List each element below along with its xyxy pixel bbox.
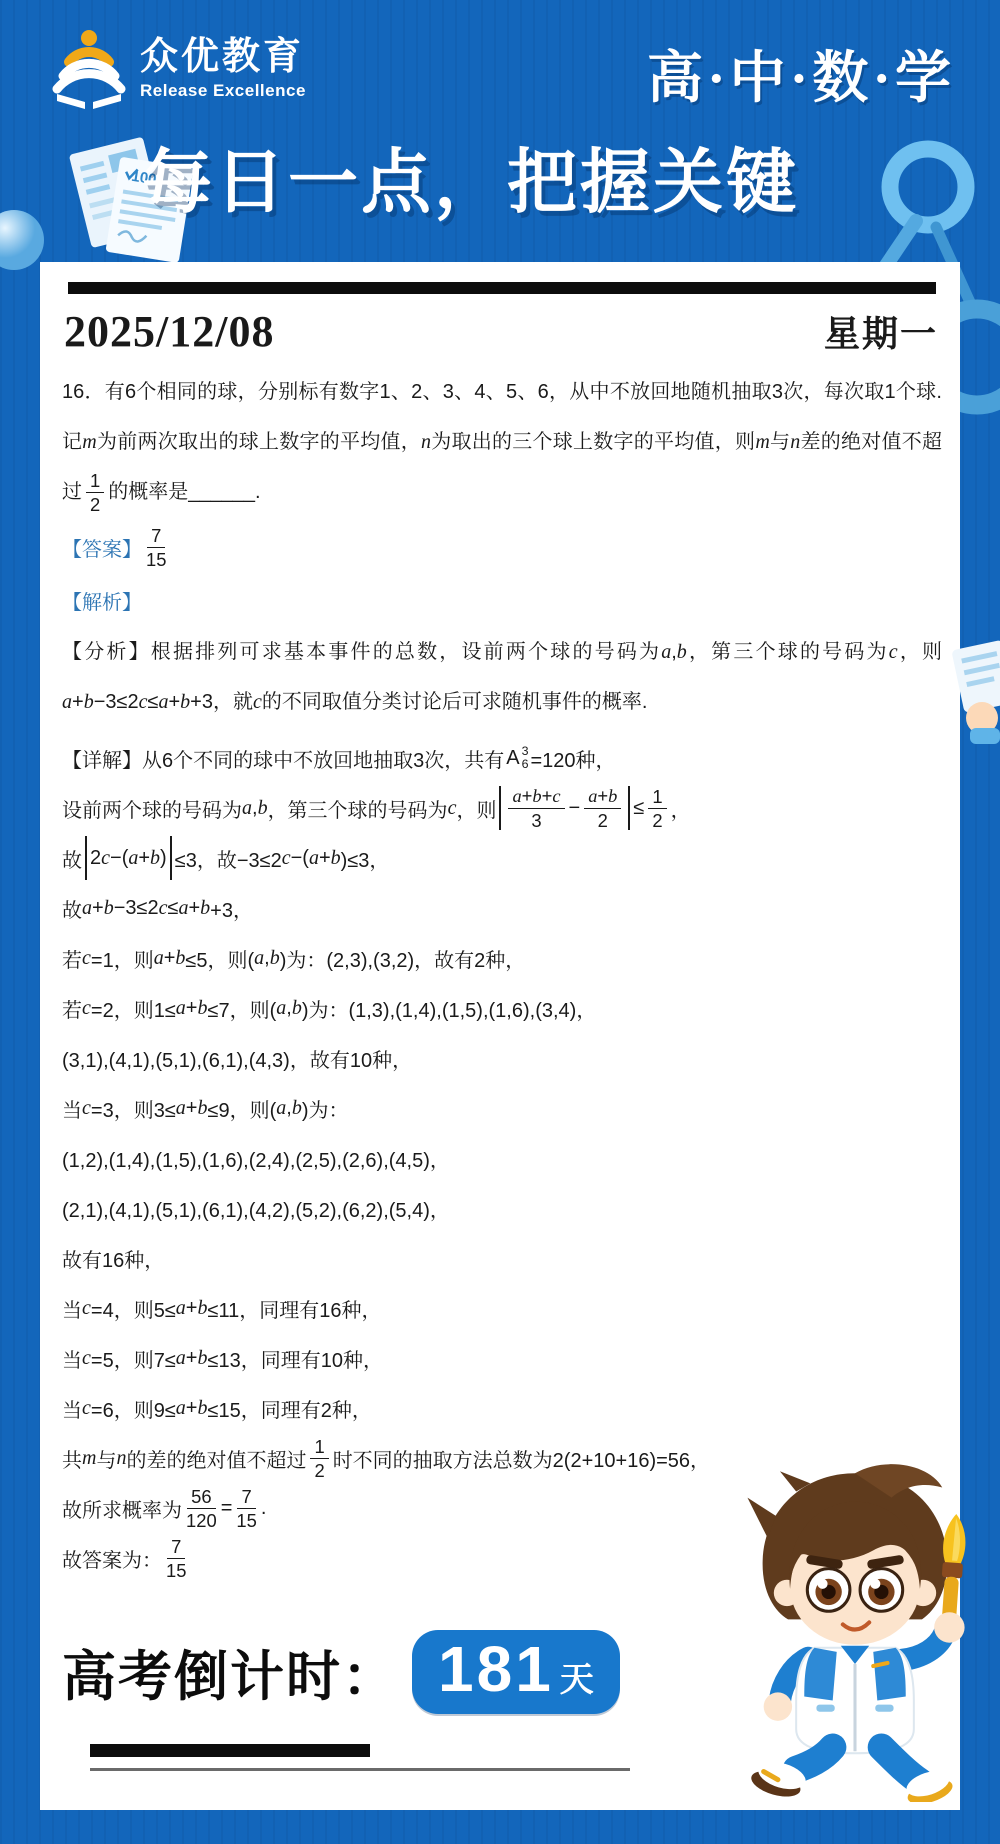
analysis-text: 【分析】根据排列可求基本事件的总数，设前两个球的号码为a,b，第三个球的号码为c…	[62, 627, 942, 727]
hand-sticker-icon	[952, 640, 1000, 745]
date: 2025/12/08	[64, 306, 274, 357]
answer-value: 715	[142, 525, 170, 570]
countdown-unit: 天	[560, 1652, 594, 1701]
solution-line: (3,1),(4,1),(5,1),(6,1),(4,3)，故有10种，	[62, 1033, 942, 1083]
solution-line: 当c=5，则7≤a+b≤13，同理有10种，	[62, 1333, 942, 1383]
analysis-label: 【解析】	[62, 586, 942, 615]
solution-line: 若c=2，则1≤a+b≤7，则(a,b)为：(1,3),(1,4),(1,5),…	[62, 983, 942, 1033]
solution-lines: 【详解】从6个不同的球中不放回地抽取3次，共有A36=120种，设前两个球的号码…	[62, 733, 942, 1583]
brand-logo-icon	[52, 28, 126, 110]
weekday: 星期一	[824, 306, 938, 357]
mascot-icon	[700, 1457, 1000, 1802]
solution-line: 故有16种，	[62, 1233, 942, 1283]
footer-thin-rule	[90, 1768, 630, 1771]
date-row: 2025/12/08 星期一	[64, 306, 938, 357]
brand-logo: 众优教育 Release Excellence	[52, 28, 306, 110]
answer-row: 【答案】 715	[62, 525, 942, 570]
answer-label: 【答案】	[62, 533, 142, 562]
countdown-days: 181	[438, 1634, 554, 1704]
solution-line: 当c=6，则9≤a+b≤15，同理有2种，	[62, 1383, 942, 1433]
countdown-badge: 181 天	[412, 1630, 620, 1714]
solution-line: (2,1),(4,1),(5,1),(6,1),(4,2),(5,2),(6,2…	[62, 1183, 942, 1233]
solution-line: 故2c−(a+b)≤3，故−3≤2c−(a+b)≤3，	[62, 833, 942, 883]
solution-line: 【详解】从6个不同的球中不放回地抽取3次，共有A36=120种，	[62, 733, 942, 783]
solution-line: (1,2),(1,4),(1,5),(1,6),(2,4),(2,5),(2,6…	[62, 1133, 942, 1183]
countdown-label: 高考倒计时：	[62, 1634, 398, 1711]
content-card: 2025/12/08 星期一 16．有6个相同的球，分别标有数字1、2、3、4、…	[40, 262, 960, 1810]
subject-title: 高·中·数·学	[647, 34, 955, 114]
solution-line: 当c=4，则5≤a+b≤11，同理有16种，	[62, 1283, 942, 1333]
question-text: 16．有6个相同的球，分别标有数字1、2、3、4、5、6，从中不放回地随机抽取3…	[62, 367, 942, 517]
solution-line: 设前两个球的号码为a,b，第三个球的号码为c，则a+b+c3−a+b2≤12，	[62, 783, 942, 833]
solution-line: 当c=3，则3≤a+b≤9，则(a,b)为：	[62, 1083, 942, 1133]
footer-black-rule	[90, 1744, 370, 1757]
brand-name: 众优教育	[140, 37, 306, 79]
card-top-rule	[68, 282, 936, 294]
solution-line: 故a+b−3≤2c≤a+b+3，	[62, 883, 942, 933]
solution-line: 若c=1，则a+b≤5，则(a,b)为：(2,3),(3,2)，故有2种，	[62, 933, 942, 983]
countdown: 高考倒计时： 181 天	[62, 1630, 620, 1714]
brand-tagline: Release Excellence	[140, 81, 306, 101]
page-title: 每日一点，把握关键	[142, 126, 799, 227]
